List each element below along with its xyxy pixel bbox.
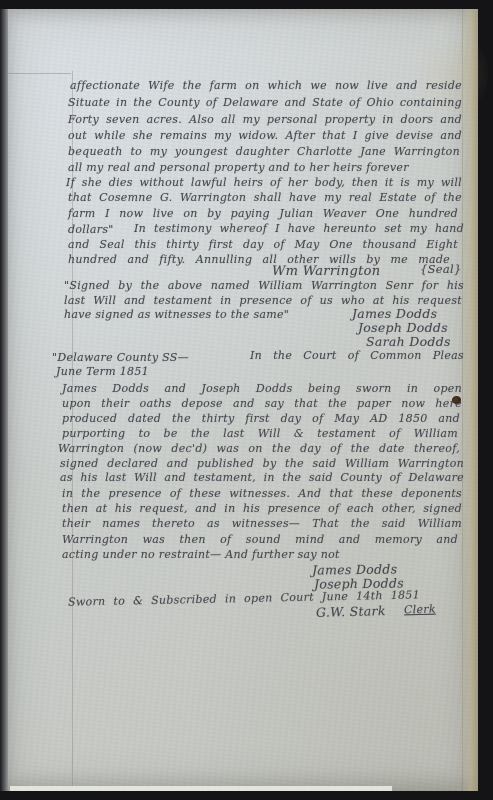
signature-joseph-dodds: Joseph Dodds: [358, 320, 448, 335]
document-line: that Cosemne G. Warrington shall have my…: [68, 191, 462, 204]
paper-page: affectionate Wife the farm on which we n…: [8, 9, 478, 791]
signature-sarah-dodds: Sarah Dodds: [366, 334, 451, 349]
document-line: If she dies without lawful heirs of her …: [66, 176, 462, 189]
document-line: James Dodds and Joseph Dodds being sworn…: [62, 382, 462, 395]
document-line: farm I now live on by paying Julian Weav…: [68, 207, 458, 220]
document-line: In testimony whereof I have hereunto set…: [134, 222, 464, 235]
document-line: acting under no restraint— And further s…: [62, 548, 340, 561]
clerk-title: Clerk: [404, 603, 436, 617]
document-line: In the Court of Common Pleas: [250, 349, 464, 362]
document-text: affectionate Wife the farm on which we n…: [8, 9, 478, 791]
document-line: "Signed by the above named William Warri…: [64, 279, 464, 292]
document-line: signed declared and published by the sai…: [60, 457, 464, 470]
signature-wm-warrington: Wm Warrington: [272, 264, 380, 279]
document-line: upon their oaths depose and say that the…: [62, 397, 462, 410]
document-line: out while she remains my widow. After th…: [68, 129, 462, 142]
document-line: all my real and personal property and to…: [68, 161, 409, 174]
document-line: "Delaware County SS—: [52, 351, 189, 364]
document-line: Warrington (now dec'd) was on the day of…: [58, 442, 460, 455]
document-line: as his last Will and testament, in the s…: [60, 471, 464, 484]
document-line: have signed as witnesses to the same": [64, 308, 289, 321]
signature-clerk: G.W. Stark: [316, 603, 386, 620]
seal-mark: {Seal}: [420, 262, 462, 276]
document-line: then at his request, and in his presence…: [62, 502, 462, 515]
document-line: and Seal this thirty first day of May On…: [68, 238, 458, 251]
document-line: hundred and fifty. Annulling all other w…: [68, 253, 450, 266]
document-line: June Term 1851: [56, 365, 149, 378]
document-line: Warrington was then of sound mind and me…: [62, 533, 458, 546]
document-line: bequeath to my youngest daughter Charlot…: [68, 145, 460, 158]
scanned-page: affectionate Wife the farm on which we n…: [0, 0, 493, 800]
document-line: their names thereto as witnesses— That t…: [62, 517, 462, 530]
document-line: Situate in the County of Delaware and St…: [68, 96, 462, 109]
document-line: purporting to be the last Will & testame…: [62, 427, 458, 440]
document-line: in the presence of these witnesses. And …: [62, 487, 462, 500]
signature-james-dodds: James Dodds: [352, 306, 437, 321]
document-line: produced dated the thirty first day of M…: [62, 412, 460, 425]
document-line: affectionate Wife the farm on which we n…: [70, 79, 462, 92]
document-line: Forty seven acres. Also all my personal …: [68, 113, 462, 126]
document-line: dollars": [68, 223, 114, 236]
